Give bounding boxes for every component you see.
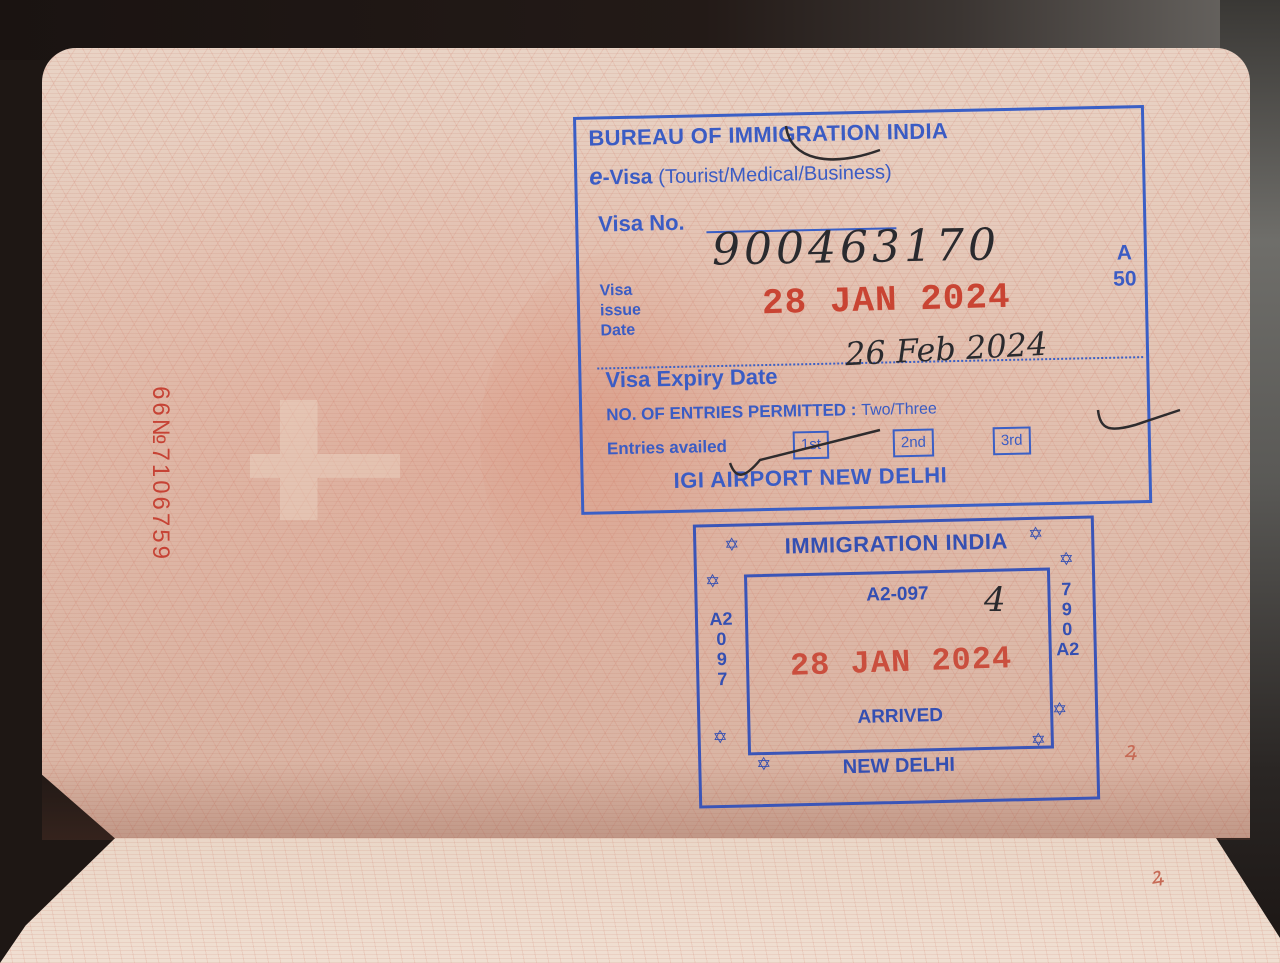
star-icon: ✡	[1058, 549, 1074, 570]
star-icon: ✡	[1028, 524, 1044, 545]
arrival-date-stamp: 28 JAN 2024	[789, 640, 1012, 685]
left-side-code: A2 0 9 7	[704, 609, 740, 690]
star-icon: ✡	[712, 727, 728, 748]
arrival-handwritten-mark: 4	[984, 580, 1006, 620]
entry-tick-mark-icon	[730, 430, 880, 475]
arrival-status: ARRIVED	[750, 703, 1050, 732]
entries-tick-mark-icon	[1098, 410, 1180, 429]
star-icon: ✡	[705, 571, 721, 592]
star-icon: ✡	[1052, 699, 1068, 720]
right-side-code: 7 9 0 A2	[1049, 579, 1085, 660]
pen-marks	[0, 0, 1280, 963]
tick-mark-icon	[786, 126, 880, 159]
arrival-stamp-title: IMMIGRATION INDIA	[726, 527, 1067, 561]
